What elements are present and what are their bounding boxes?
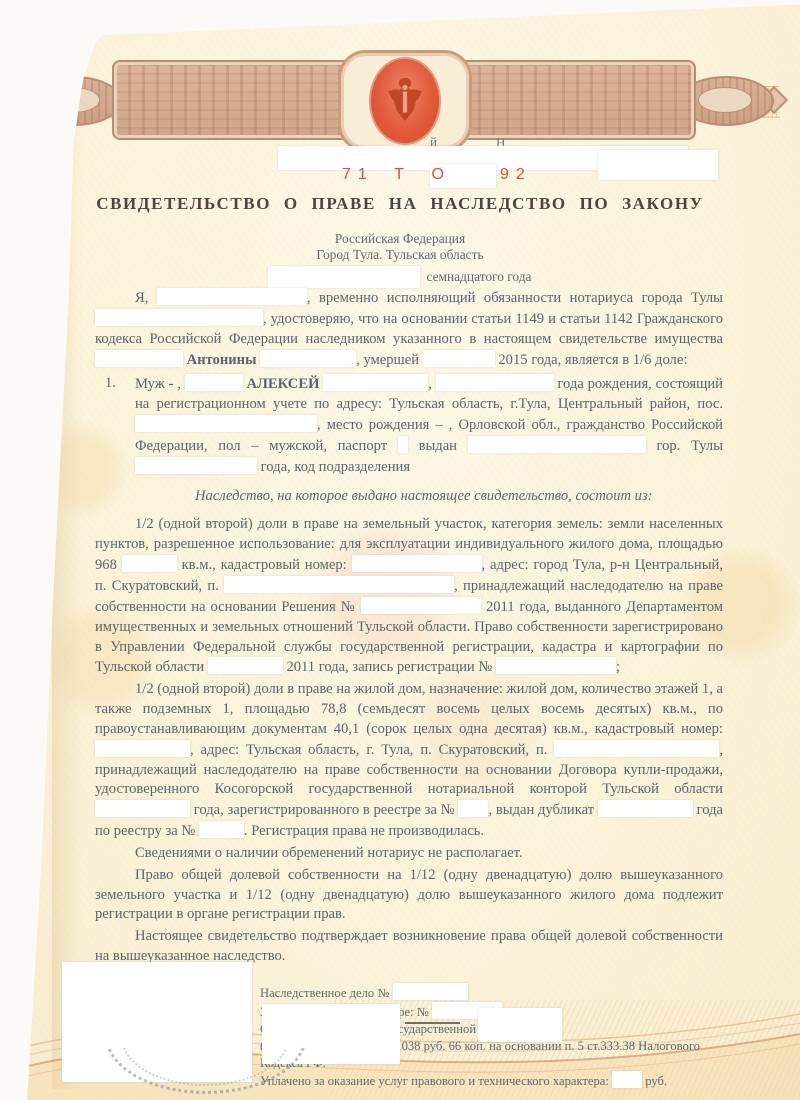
ornament-band: [20, 50, 780, 146]
emblem-frame: [338, 50, 472, 152]
redaction-block: [458, 800, 488, 817]
redaction-block: [95, 740, 190, 757]
bold-name-text: АЛЕКСЕЙ: [243, 376, 324, 392]
serial-suffix: 92: [500, 166, 532, 184]
serial-number: 71 Т О 92: [0, 166, 800, 190]
signature-line: [405, 1022, 460, 1024]
redaction-block: [157, 288, 307, 305]
certificate-page: й Н 71 Т О 92 СВИДЕТЕЛЬСТВО О ПРАВЕ НА Н…: [0, 0, 800, 1100]
redaction-block: [135, 415, 317, 432]
redaction-block: [95, 800, 190, 817]
date-line: семнадцатого года: [0, 266, 800, 288]
land-share-paragraph: 1/2 (одной второй) доли в праве на земел…: [95, 515, 723, 678]
bold-name-text: Антонины: [183, 352, 260, 368]
country-line: Российская Федерация: [0, 231, 800, 247]
ornament-left-eye: [26, 76, 122, 126]
redaction-block: [554, 740, 719, 757]
redaction-block: [423, 350, 495, 367]
redaction-block: [208, 657, 283, 674]
redaction-block: [393, 983, 468, 1000]
redaction-block: [361, 597, 481, 614]
redaction-block: [224, 576, 454, 593]
list-item-number: 1.: [105, 374, 116, 394]
redaction-block: [436, 374, 554, 391]
redaction-block: [478, 1008, 562, 1042]
document-title: СВИДЕТЕЛЬСТВО О ПРАВЕ НА НАСЛЕДСТВО ПО З…: [0, 194, 800, 214]
services-fee-line: Уплачено за оказание услуг правового и т…: [260, 1071, 723, 1090]
redaction-block: [323, 374, 428, 391]
no-encumbrance-note: Сведениями о наличии обременений нотариу…: [95, 844, 723, 864]
redaction-block: [612, 1071, 642, 1088]
redaction-block: [122, 555, 177, 572]
notary-stamp-arc: [105, 1048, 305, 1094]
redaction-block: [268, 266, 420, 288]
intro-paragraph: Я, , временно исполняющий обязанности но…: [95, 288, 723, 370]
serial-prefix: 71 Т О: [342, 166, 451, 184]
redaction-block: [95, 350, 183, 367]
registration-note: Право общей долевой собственности на 1/1…: [95, 866, 723, 926]
inheritance-case-line: Наследственное дело №: [260, 983, 723, 1002]
redaction-block: [352, 555, 482, 572]
estate-heading: Наследство, на которое выдано настоящее …: [195, 487, 723, 507]
redaction-block: [398, 436, 408, 453]
redaction-block: [260, 350, 356, 367]
redaction-block: [496, 657, 616, 674]
redaction-block: [468, 436, 646, 453]
redaction-block: [598, 800, 693, 817]
heir-item: 1. Муж - , АЛЕКСЕЙ , года рождения, сост…: [135, 374, 723, 477]
date-suffix: семнадцатого года: [426, 269, 531, 285]
coat-of-arms-emblem: [369, 57, 441, 145]
redaction-block: [95, 309, 263, 326]
redaction-block: [185, 374, 243, 391]
eagle-icon: [384, 74, 426, 128]
house-share-paragraph: 1/2 (одной второй) доли в праве на жилой…: [95, 680, 723, 842]
redaction-block: [135, 457, 257, 474]
document-subheader: Российская Федерация Город Тула. Тульска…: [0, 231, 800, 288]
band-end-ornament: [12, 86, 40, 114]
heir-details: Муж - , АЛЕКСЕЙ , года рождения, состоящ…: [135, 376, 723, 474]
redaction-block: [199, 821, 244, 838]
city-line: Город Тула. Тульская область: [0, 247, 800, 263]
page-curl-shadow: [52, 33, 82, 1089]
